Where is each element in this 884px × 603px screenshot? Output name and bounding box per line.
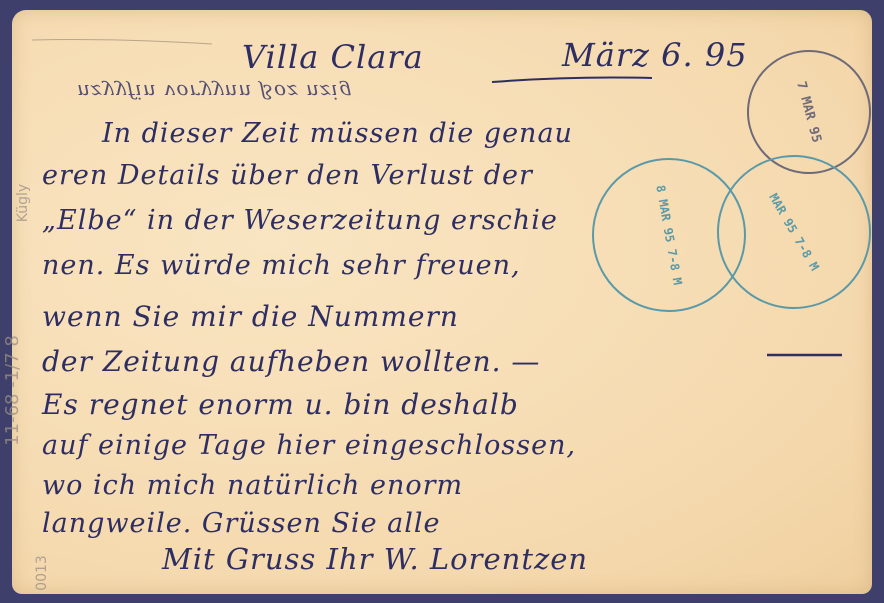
pen-strokes — [12, 10, 872, 594]
postcard: Villa Clara März 6. 95 nzyyfin voryynn ß… — [12, 10, 872, 594]
